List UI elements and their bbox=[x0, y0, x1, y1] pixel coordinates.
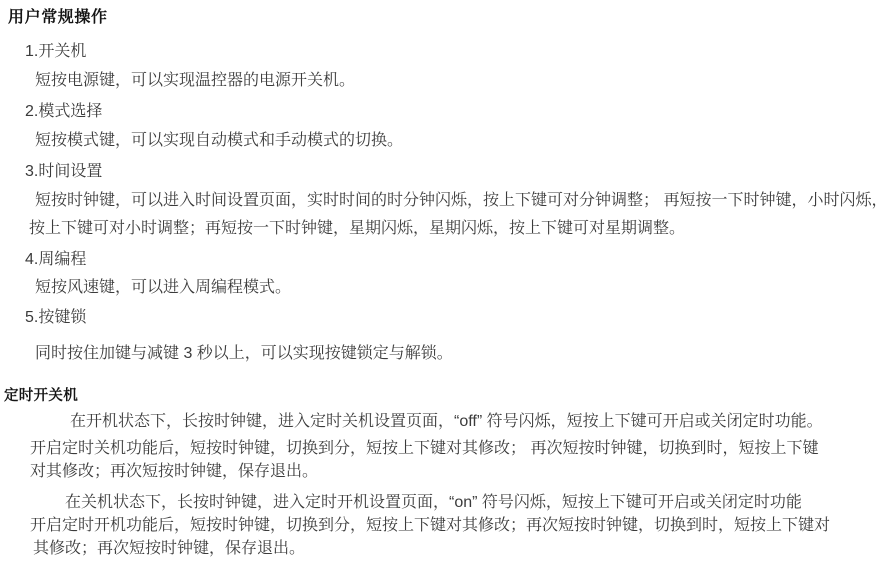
timed-off-paragraph-line-3: 对其修改；再次短按时钟键，保存退出。 bbox=[30, 462, 885, 481]
manual-page: 用户常规操作 1.开关机 短按电源键，可以实现温控器的电源开关机。 2.模式选择… bbox=[0, 0, 885, 563]
list-item-3-body-line-2: 按上下键可对小时调整；再短按一下时钟键，星期闪烁，星期闪烁，按上下键可对星期调整… bbox=[29, 220, 885, 238]
timed-on-paragraph-line-3: 其修改；再次短按时钟键，保存退出。 bbox=[33, 539, 885, 558]
list-item-5-body: 同时按住加键与减键 3 秒以上，可以实现按键锁定与解锁。 bbox=[35, 345, 885, 363]
timed-on-paragraph-line-1: 在关机状态下，长按时钟键，进入定时开机设置页面，“on” 符号闪烁，短按上下键可… bbox=[65, 493, 885, 512]
list-item-1-title: 1.开关机 bbox=[25, 43, 885, 61]
timed-off-paragraph-line-2: 开启定时关机功能后，短按时钟键，切换到分，短按上下键对其修改； 再次短按时钟键，… bbox=[30, 439, 885, 458]
section-heading-user-operations: 用户常规操作 bbox=[8, 8, 885, 27]
list-item-5-title: 5.按键锁 bbox=[25, 309, 885, 327]
list-item-2-title: 2.模式选择 bbox=[25, 103, 885, 121]
list-item-1-body: 短按电源键，可以实现温控器的电源开关机。 bbox=[35, 72, 885, 90]
timed-off-paragraph-line-1: 在开机状态下，长按时钟键，进入定时关机设置页面，“off” 符号闪烁，短按上下键… bbox=[70, 412, 885, 431]
list-item-2-body: 短按模式键，可以实现自动模式和手动模式的切换。 bbox=[35, 132, 885, 150]
section-heading-timed-switch: 定时开关机 bbox=[4, 387, 885, 405]
list-item-3-body-line-1: 短按时钟键，可以进入时间设置页面，实时时间的时分钟闪烁，按上下键可对分钟调整； … bbox=[35, 192, 885, 210]
timed-on-paragraph-line-2: 开启定时开机功能后，短按时钟键，切换到分，短按上下键对其修改；再次短按时钟键，切… bbox=[30, 516, 885, 535]
list-item-4-body: 短按风速键，可以进入周编程模式。 bbox=[35, 279, 885, 297]
list-item-4-title: 4.周编程 bbox=[25, 251, 885, 269]
list-item-3-title: 3.时间设置 bbox=[25, 163, 885, 181]
